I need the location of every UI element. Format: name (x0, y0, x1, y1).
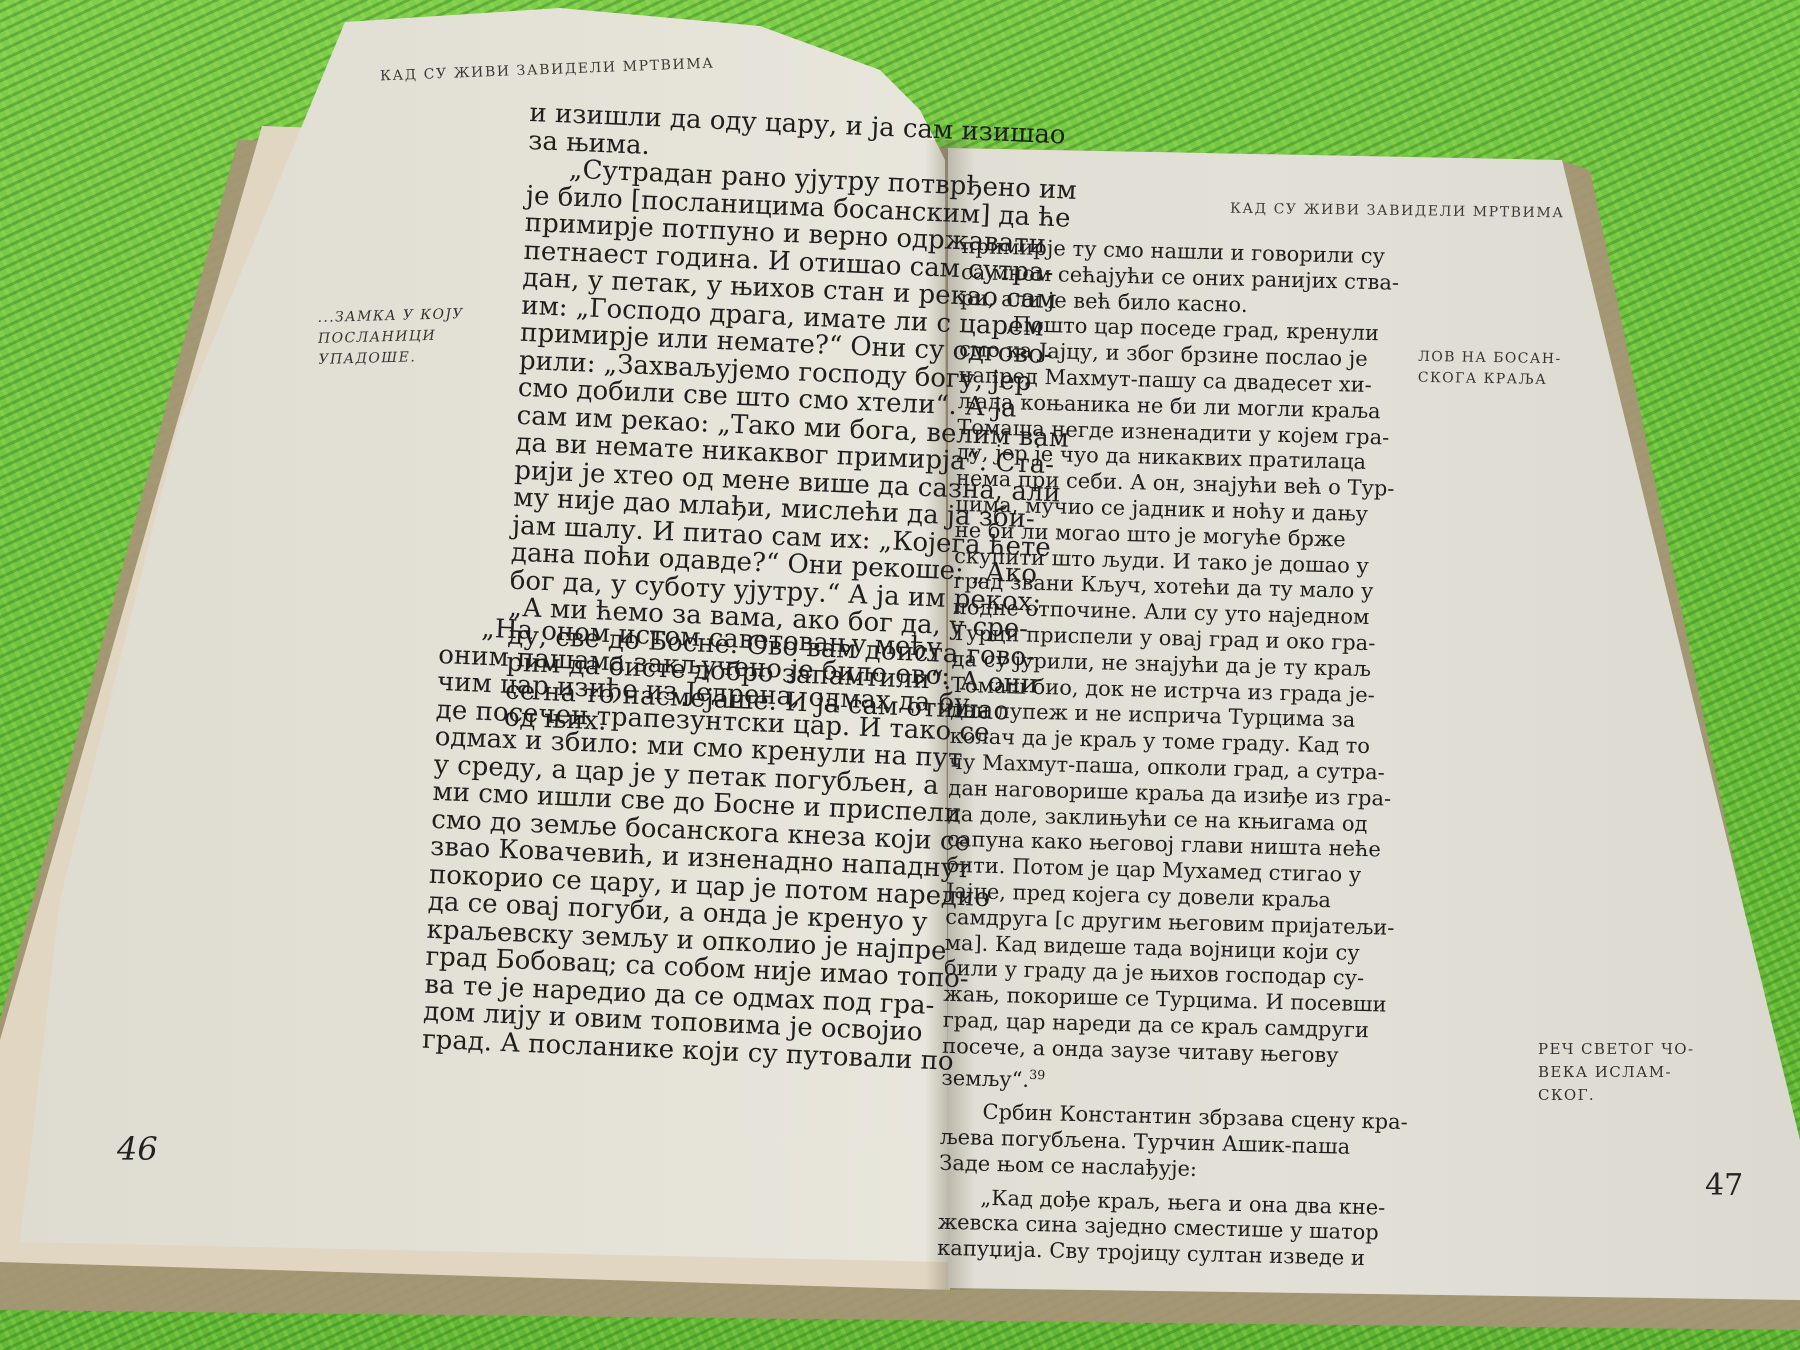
margin-note-line: ...ЗАМКА У КОЈУ (317, 304, 464, 329)
page-number-right: 47 (1705, 1168, 1743, 1203)
left-margin-note: ...ЗАМКА У КОЈУ ПОСЛАНИЦИ УПАДОШЕ. (317, 304, 465, 371)
text-fragment: земљу“. (941, 1065, 1029, 1091)
page-number-left: 46 (117, 1130, 158, 1168)
right-margin-note-hunt: ЛОВ НА БОСАН- СКОГА КРАЉА (1418, 347, 1562, 391)
right-margin-note-holy-man: РЕЧ СВЕТОГ ЧО- ВЕКА ИСЛАМ- СКОГ. (1538, 1038, 1694, 1107)
left-page-text-bottom: „На оном истом саветовању међу оним паша… (422, 614, 1001, 1077)
margin-note-line: УПАДОШЕ. (318, 346, 465, 371)
margin-note-line: РЕЧ СВЕТОГ ЧО- (1538, 1038, 1694, 1061)
margin-note-line: СКОГ. (1538, 1084, 1694, 1107)
right-page-text: примирје ту смо нашли и говорили су са м… (937, 234, 1429, 1273)
margin-note-line: СКОГА КРАЉА (1418, 368, 1562, 391)
margin-note-line: ЛОВ НА БОСАН- (1418, 347, 1562, 370)
footnote-reference: 39 (1029, 1066, 1045, 1081)
margin-note-line: ВЕКА ИСЛАМ- (1538, 1061, 1694, 1084)
